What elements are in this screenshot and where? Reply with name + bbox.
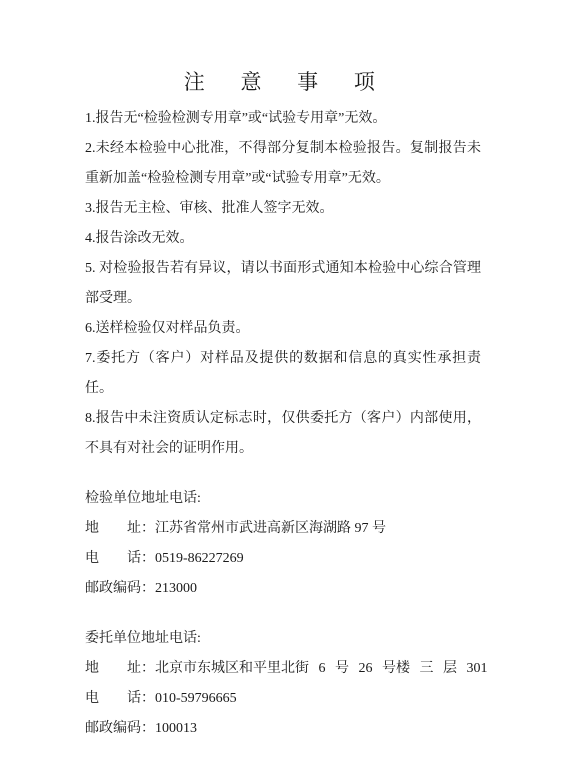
inspection-address-row: 地 址：江苏省常州市武进高新区海湖路 97 号 [85, 514, 481, 544]
note-item-4: 4.报告涂改无效。 [85, 224, 481, 254]
client-address-row: 地 址：北京市东城区和平里北街 6 号 26 号楼 三 层 301 [85, 654, 481, 684]
phone-value: 010-59796665 [155, 691, 237, 706]
note-item-8: 8.报告中未注资质认定标志时，仅供委托方（客户）内部使用，不具有对社会的证明作用… [85, 404, 481, 464]
client-phone-row: 电 话：010-59796665 [85, 684, 481, 714]
phone-label: 电 话： [85, 551, 155, 566]
inspection-contact-section: 检验单位地址电话: 地 址：江苏省常州市武进高新区海湖路 97 号 电 话：05… [85, 484, 481, 604]
note-item-6: 6.送样检验仅对样品负责。 [85, 314, 481, 344]
phone-value: 0519-86227269 [155, 551, 244, 566]
client-contact-section: 委托单位地址电话: 地 址：北京市东城区和平里北街 6 号 26 号楼 三 层 … [85, 624, 481, 744]
notes-list: 1.报告无“检验检测专用章”或“试验专用章”无效。 2.未经本检验中心批准，不得… [85, 104, 481, 464]
client-postcode-row: 邮政编码：100013 [85, 714, 481, 744]
page-title: 注 意 事 项 [85, 68, 481, 96]
postcode-value: 213000 [155, 581, 197, 596]
inspection-contact-heading: 检验单位地址电话: [85, 484, 481, 514]
address-value: 北京市东城区和平里北街 6 号 26 号楼 三 层 301 [155, 661, 488, 676]
note-item-1: 1.报告无“检验检测专用章”或“试验专用章”无效。 [85, 104, 481, 134]
note-item-7: 7.委托方（客户）对样品及提供的数据和信息的真实性承担责任。 [85, 344, 481, 404]
address-label: 地 址： [85, 521, 155, 536]
inspection-postcode-row: 邮政编码：213000 [85, 574, 481, 604]
notice-document-page: 注 意 事 项 1.报告无“检验检测专用章”或“试验专用章”无效。 2.未经本检… [0, 0, 566, 782]
address-label: 地 址： [85, 661, 155, 676]
inspection-phone-row: 电 话：0519-86227269 [85, 544, 481, 574]
phone-label: 电 话： [85, 691, 155, 706]
postcode-label: 邮政编码： [85, 581, 155, 596]
note-item-3: 3.报告无主检、审核、批准人签字无效。 [85, 194, 481, 224]
note-item-2: 2.未经本检验中心批准，不得部分复制本检验报告。复制报告未重新加盖“检验检测专用… [85, 134, 481, 194]
postcode-label: 邮政编码： [85, 721, 155, 736]
address-value: 江苏省常州市武进高新区海湖路 97 号 [155, 521, 386, 536]
note-item-5: 5. 对检验报告若有异议，请以书面形式通知本检验中心综合管理部受理。 [85, 254, 481, 314]
client-contact-heading: 委托单位地址电话: [85, 624, 481, 654]
postcode-value: 100013 [155, 721, 197, 736]
